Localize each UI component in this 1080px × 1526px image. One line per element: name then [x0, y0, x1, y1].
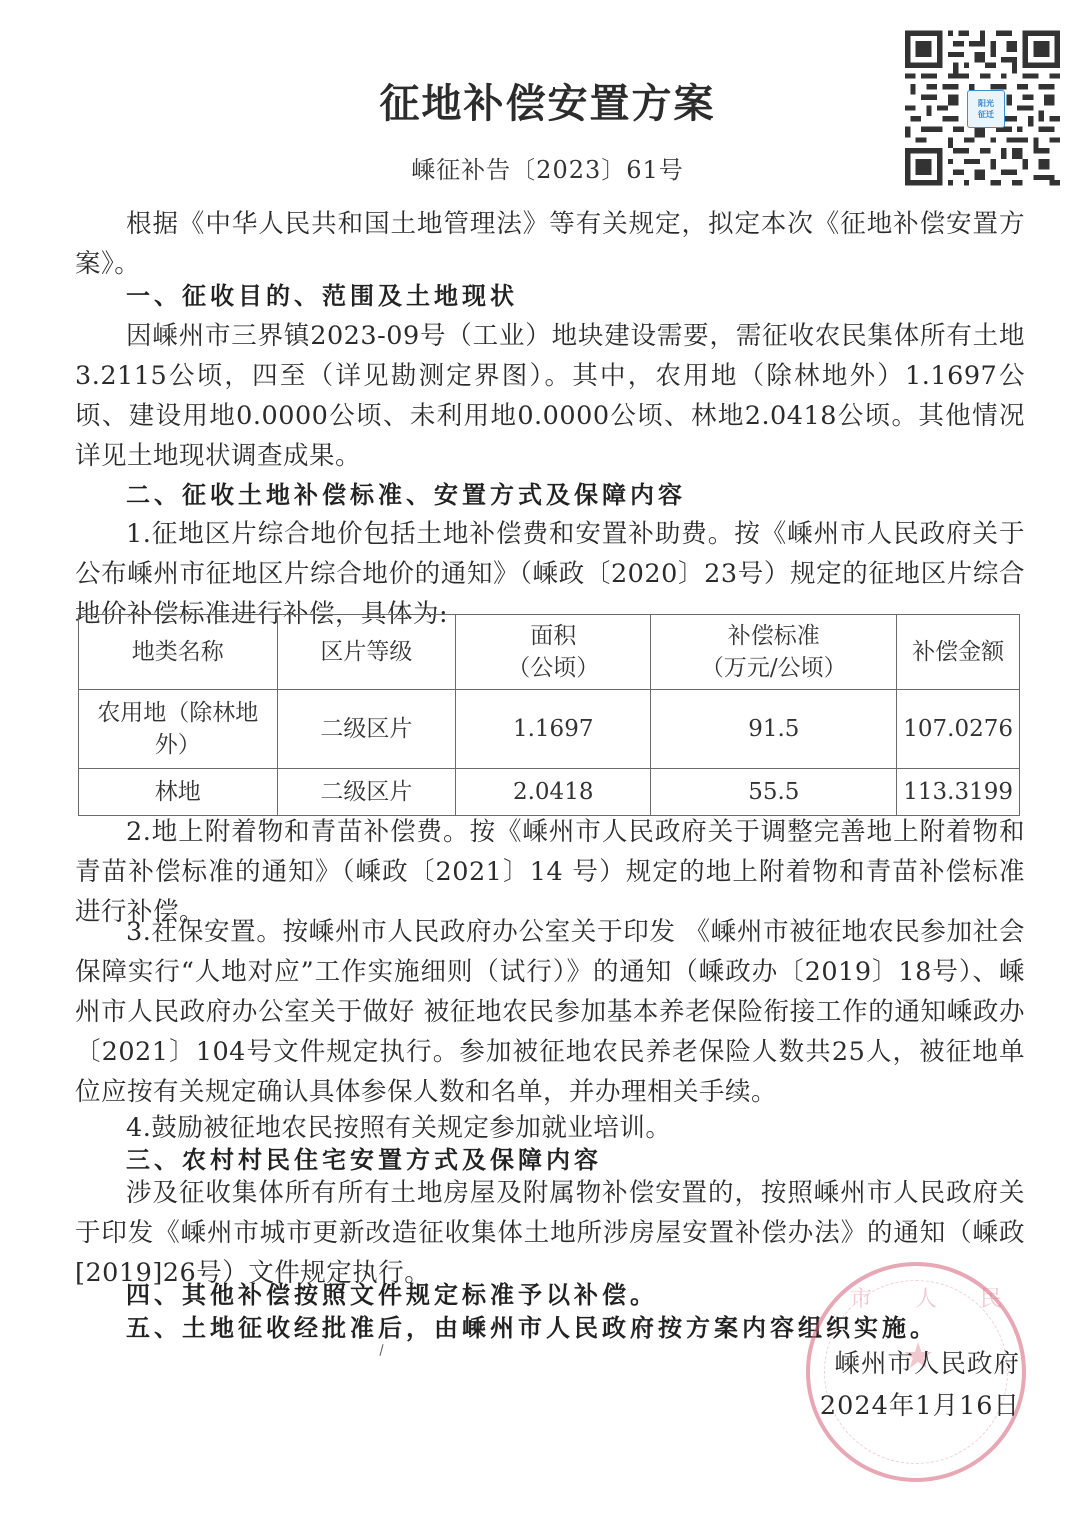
document-page: 阳光 征迁 征地补偿安置方案 嵊征补告〔2023〕61号 根据《中华人民共和国土… — [0, 0, 1080, 1526]
cell-land-type: 农用地（除林地外） — [79, 690, 278, 769]
issuer-name: 嵊州市人民政府 — [834, 1344, 1020, 1380]
table-header-cell: 补偿标准 （万元/公顷） — [651, 615, 897, 690]
cell-zone-level: 二级区片 — [277, 690, 456, 769]
cell-land-type: 林地 — [79, 769, 278, 816]
document-title: 征地补偿安置方案 — [0, 72, 1080, 129]
table-row: 林地 二级区片 2.0418 55.5 113.3199 — [79, 769, 1020, 816]
section2-item3: 3.社保安置。按嵊州市人民政府办公室关于印发 《嵊州市被征地农民参加社会保障实行… — [75, 912, 1025, 1112]
issue-date: 2024年1月16日 — [820, 1386, 1020, 1422]
section2-heading: 二、征收土地补偿标准、安置方式及保障内容 — [126, 475, 686, 515]
cell-standard: 55.5 — [651, 769, 897, 816]
seal-text: 市 人 民 — [850, 1282, 1020, 1313]
cell-area: 2.0418 — [456, 769, 651, 816]
document-number: 嵊征补告〔2023〕61号 — [0, 150, 1080, 185]
table-header-cell: 补偿金额 — [897, 615, 1020, 690]
table-header-cell: 地类名称 — [79, 615, 278, 690]
table-header-cell: 区片等级 — [277, 615, 456, 690]
section1-heading: 一、征收目的、范围及土地现状 — [126, 276, 518, 316]
cell-standard: 91.5 — [651, 690, 897, 769]
table-header-row: 地类名称 区片等级 面积 （公顷） 补偿标准 （万元/公顷） 补偿金额 — [79, 615, 1020, 690]
table-header-cell: 面积 （公顷） — [456, 615, 651, 690]
cell-area: 1.1697 — [456, 690, 651, 769]
cell-amount: 113.3199 — [897, 769, 1020, 816]
table-row: 农用地（除林地外） 二级区片 1.1697 91.5 107.0276 — [79, 690, 1020, 769]
cell-amount: 107.0276 — [897, 690, 1020, 769]
intro-paragraph: 根据《中华人民共和国土地管理法》等有关规定，拟定本次《征地补偿安置方案》。 — [75, 204, 1025, 284]
compensation-table: 地类名称 区片等级 面积 （公顷） 补偿标准 （万元/公顷） 补偿金额 农用地（… — [78, 614, 1020, 816]
cell-zone-level: 二级区片 — [277, 769, 456, 816]
section1-body: 因嵊州市三界镇2023-09号（工业）地块建设需要，需征收农民集体所有土地3.2… — [75, 316, 1025, 476]
